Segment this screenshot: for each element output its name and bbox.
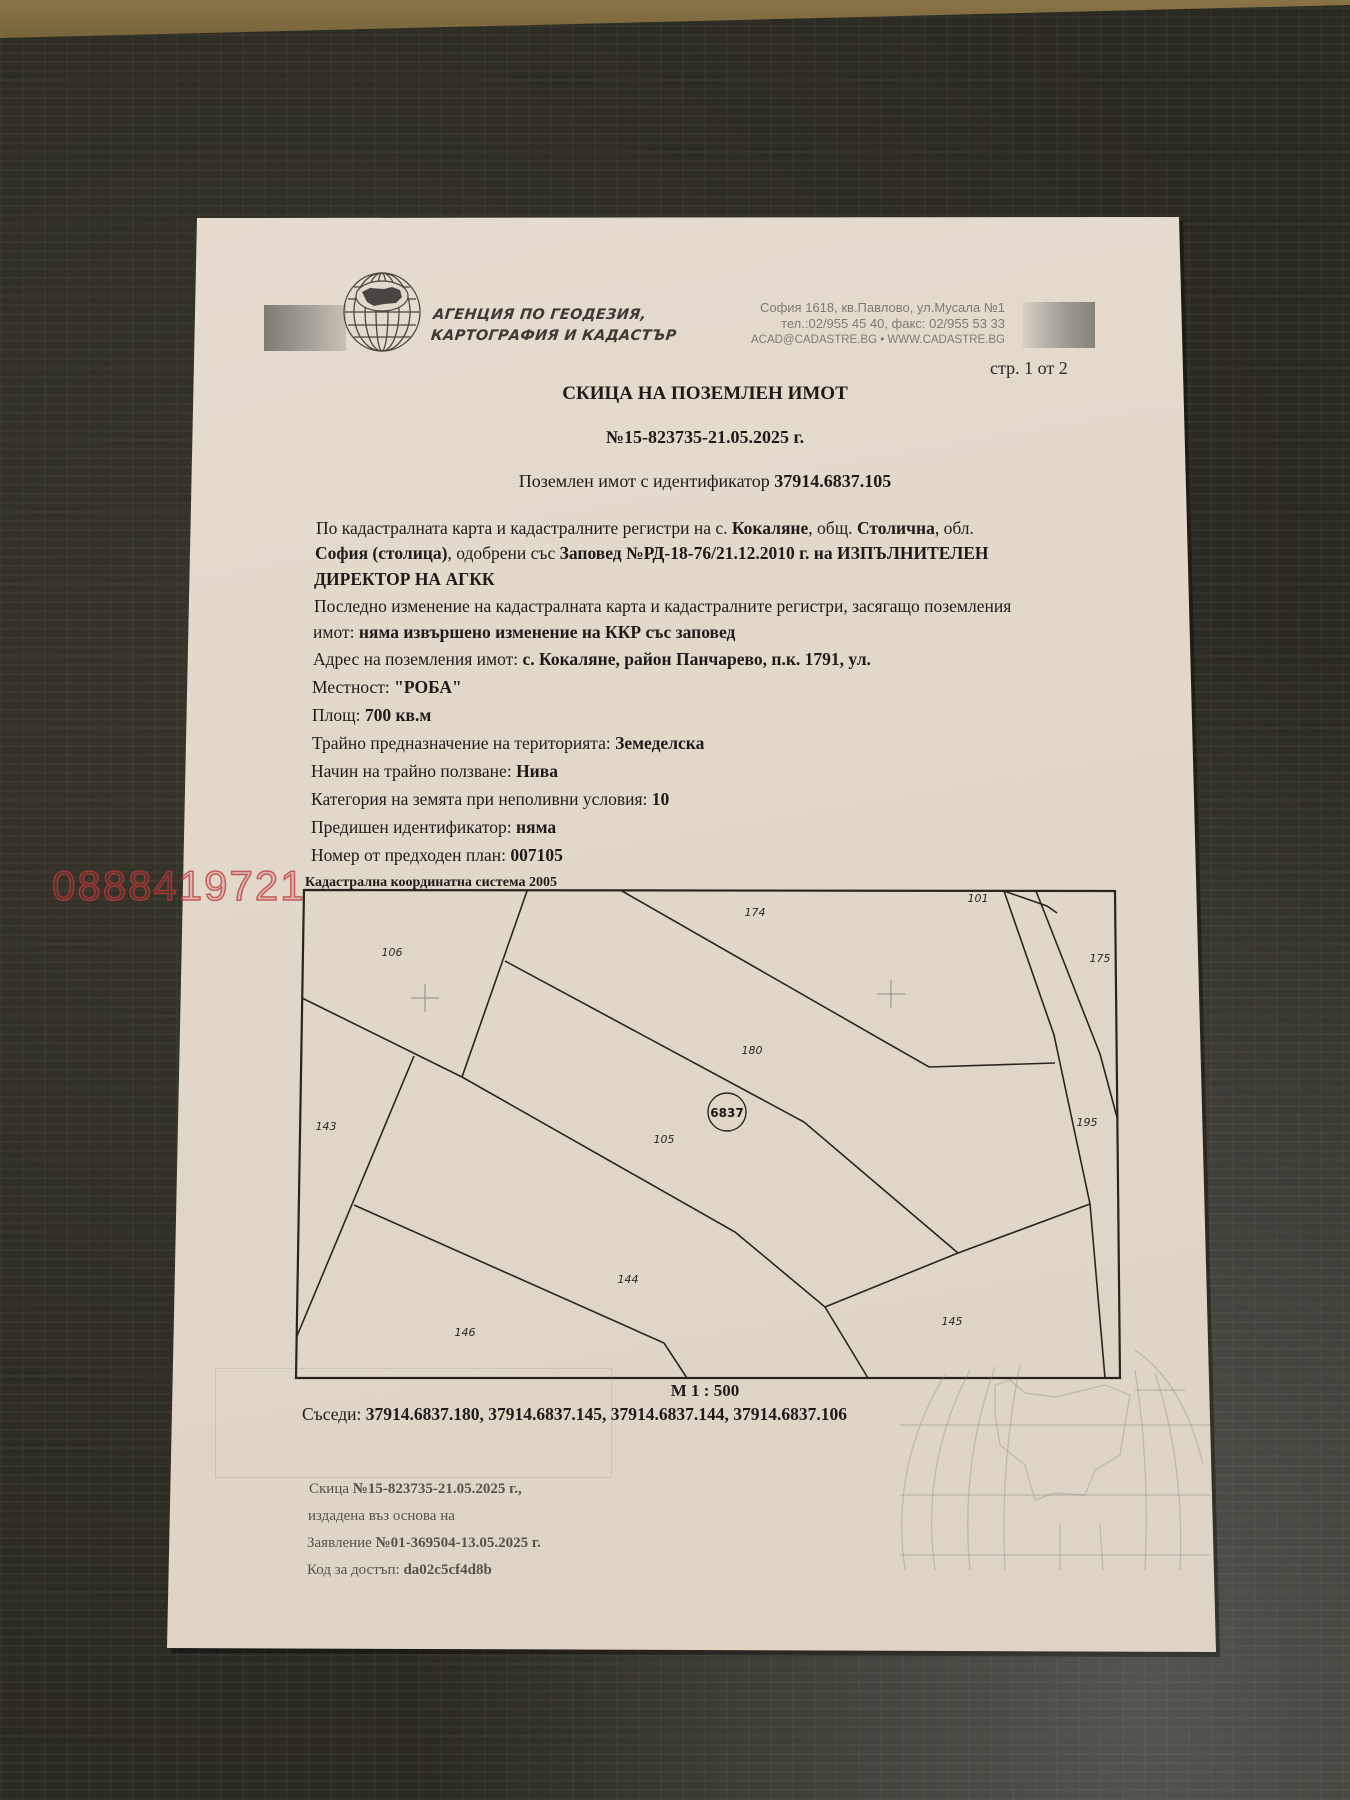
parcel-identifier: Поземлен имот с идентификатор 37914.6837… <box>200 471 1210 492</box>
agency-address: София 1618, кв.Павлово, ул.Мусала №1 <box>750 300 1005 316</box>
address-row: Адрес на поземления имот: с. Кокаляне, р… <box>313 649 871 670</box>
footer-sketch-number: Скица №15-823735-21.05.2025 г., <box>309 1476 522 1503</box>
locality-row: Местност: "РОБА" <box>312 677 462 698</box>
details-line-3: ДИРЕКТОР НА АГКК <box>314 569 495 590</box>
purpose-row: Трайно предназначение на територията: Зе… <box>312 733 704 754</box>
area-row: Площ: 700 кв.м <box>312 705 431 726</box>
previous-identifier-row: Предишен идентификатор: няма <box>311 817 556 838</box>
details-line-5: имот: няма извършено изменение на ККР съ… <box>313 622 735 643</box>
page-indicator: стр. 1 от 2 <box>990 358 1068 379</box>
header-gradient-bar-right <box>1023 302 1095 348</box>
agency-web: ACAD@CADASTRE.BG • WWW.CADASTRE.BG <box>750 332 1005 348</box>
usage-row: Начин на трайно ползване: Нива <box>311 761 558 782</box>
document-title: СКИЦА НА ПОЗЕМЛЕН ИМОТ <box>200 383 1210 405</box>
details-line-4: Последно изменение на кадастралната карт… <box>314 596 1011 617</box>
agency-name: АГЕНЦИЯ ПО ГЕОДЕЗИЯ, КАРТОГРАФИЯ И КАДАС… <box>430 305 680 347</box>
identifier-label: Поземлен имот с идентификатор <box>519 471 775 491</box>
previous-plan-row: Номер от предходен план: 007105 <box>311 845 563 866</box>
neighbours-label: Съседи: <box>302 1404 366 1424</box>
details-line-2: София (столица), одобрени със Заповед №Р… <box>315 543 989 564</box>
agency-contact: София 1618, кв.Павлово, ул.Мусала №1 тел… <box>750 300 1005 348</box>
identifier-value: 37914.6837.105 <box>774 471 891 491</box>
agency-name-line2: КАРТОГРАФИЯ И КАДАСТЪР <box>430 326 678 347</box>
agency-phone-fax: тел.:02/955 45 40, факс: 02/955 53 33 <box>750 316 1005 332</box>
coordinate-system-label: Кадастрална координатна система 2005 <box>305 875 557 891</box>
neighbours-row: Съседи: 37914.6837.180, 37914.6837.145, … <box>302 1404 847 1425</box>
document-number: №15-823735-21.05.2025 г. <box>200 427 1210 448</box>
neighbours-values: 37914.6837.180, 37914.6837.145, 37914.68… <box>366 1404 847 1424</box>
footer-application: Заявление №01-369504-13.05.2025 г. <box>307 1530 541 1557</box>
agency-globe-logo-icon <box>340 270 424 354</box>
category-row: Категория на земята при неполивни услови… <box>311 789 669 810</box>
footer-access-code: Код за достъп: da02c5cf4d8b <box>307 1557 492 1584</box>
agency-name-line1: АГЕНЦИЯ ПО ГЕОДЕЗИЯ, <box>432 305 680 326</box>
globe-watermark-icon <box>885 1345 1215 1595</box>
header-gradient-bar-left <box>264 305 346 351</box>
footer-issued-basis: издадена въз основа на <box>308 1503 455 1530</box>
phone-watermark: 0888419721 <box>52 862 306 910</box>
details-line-1: По кадастралната карта и кадастралните р… <box>316 518 974 539</box>
